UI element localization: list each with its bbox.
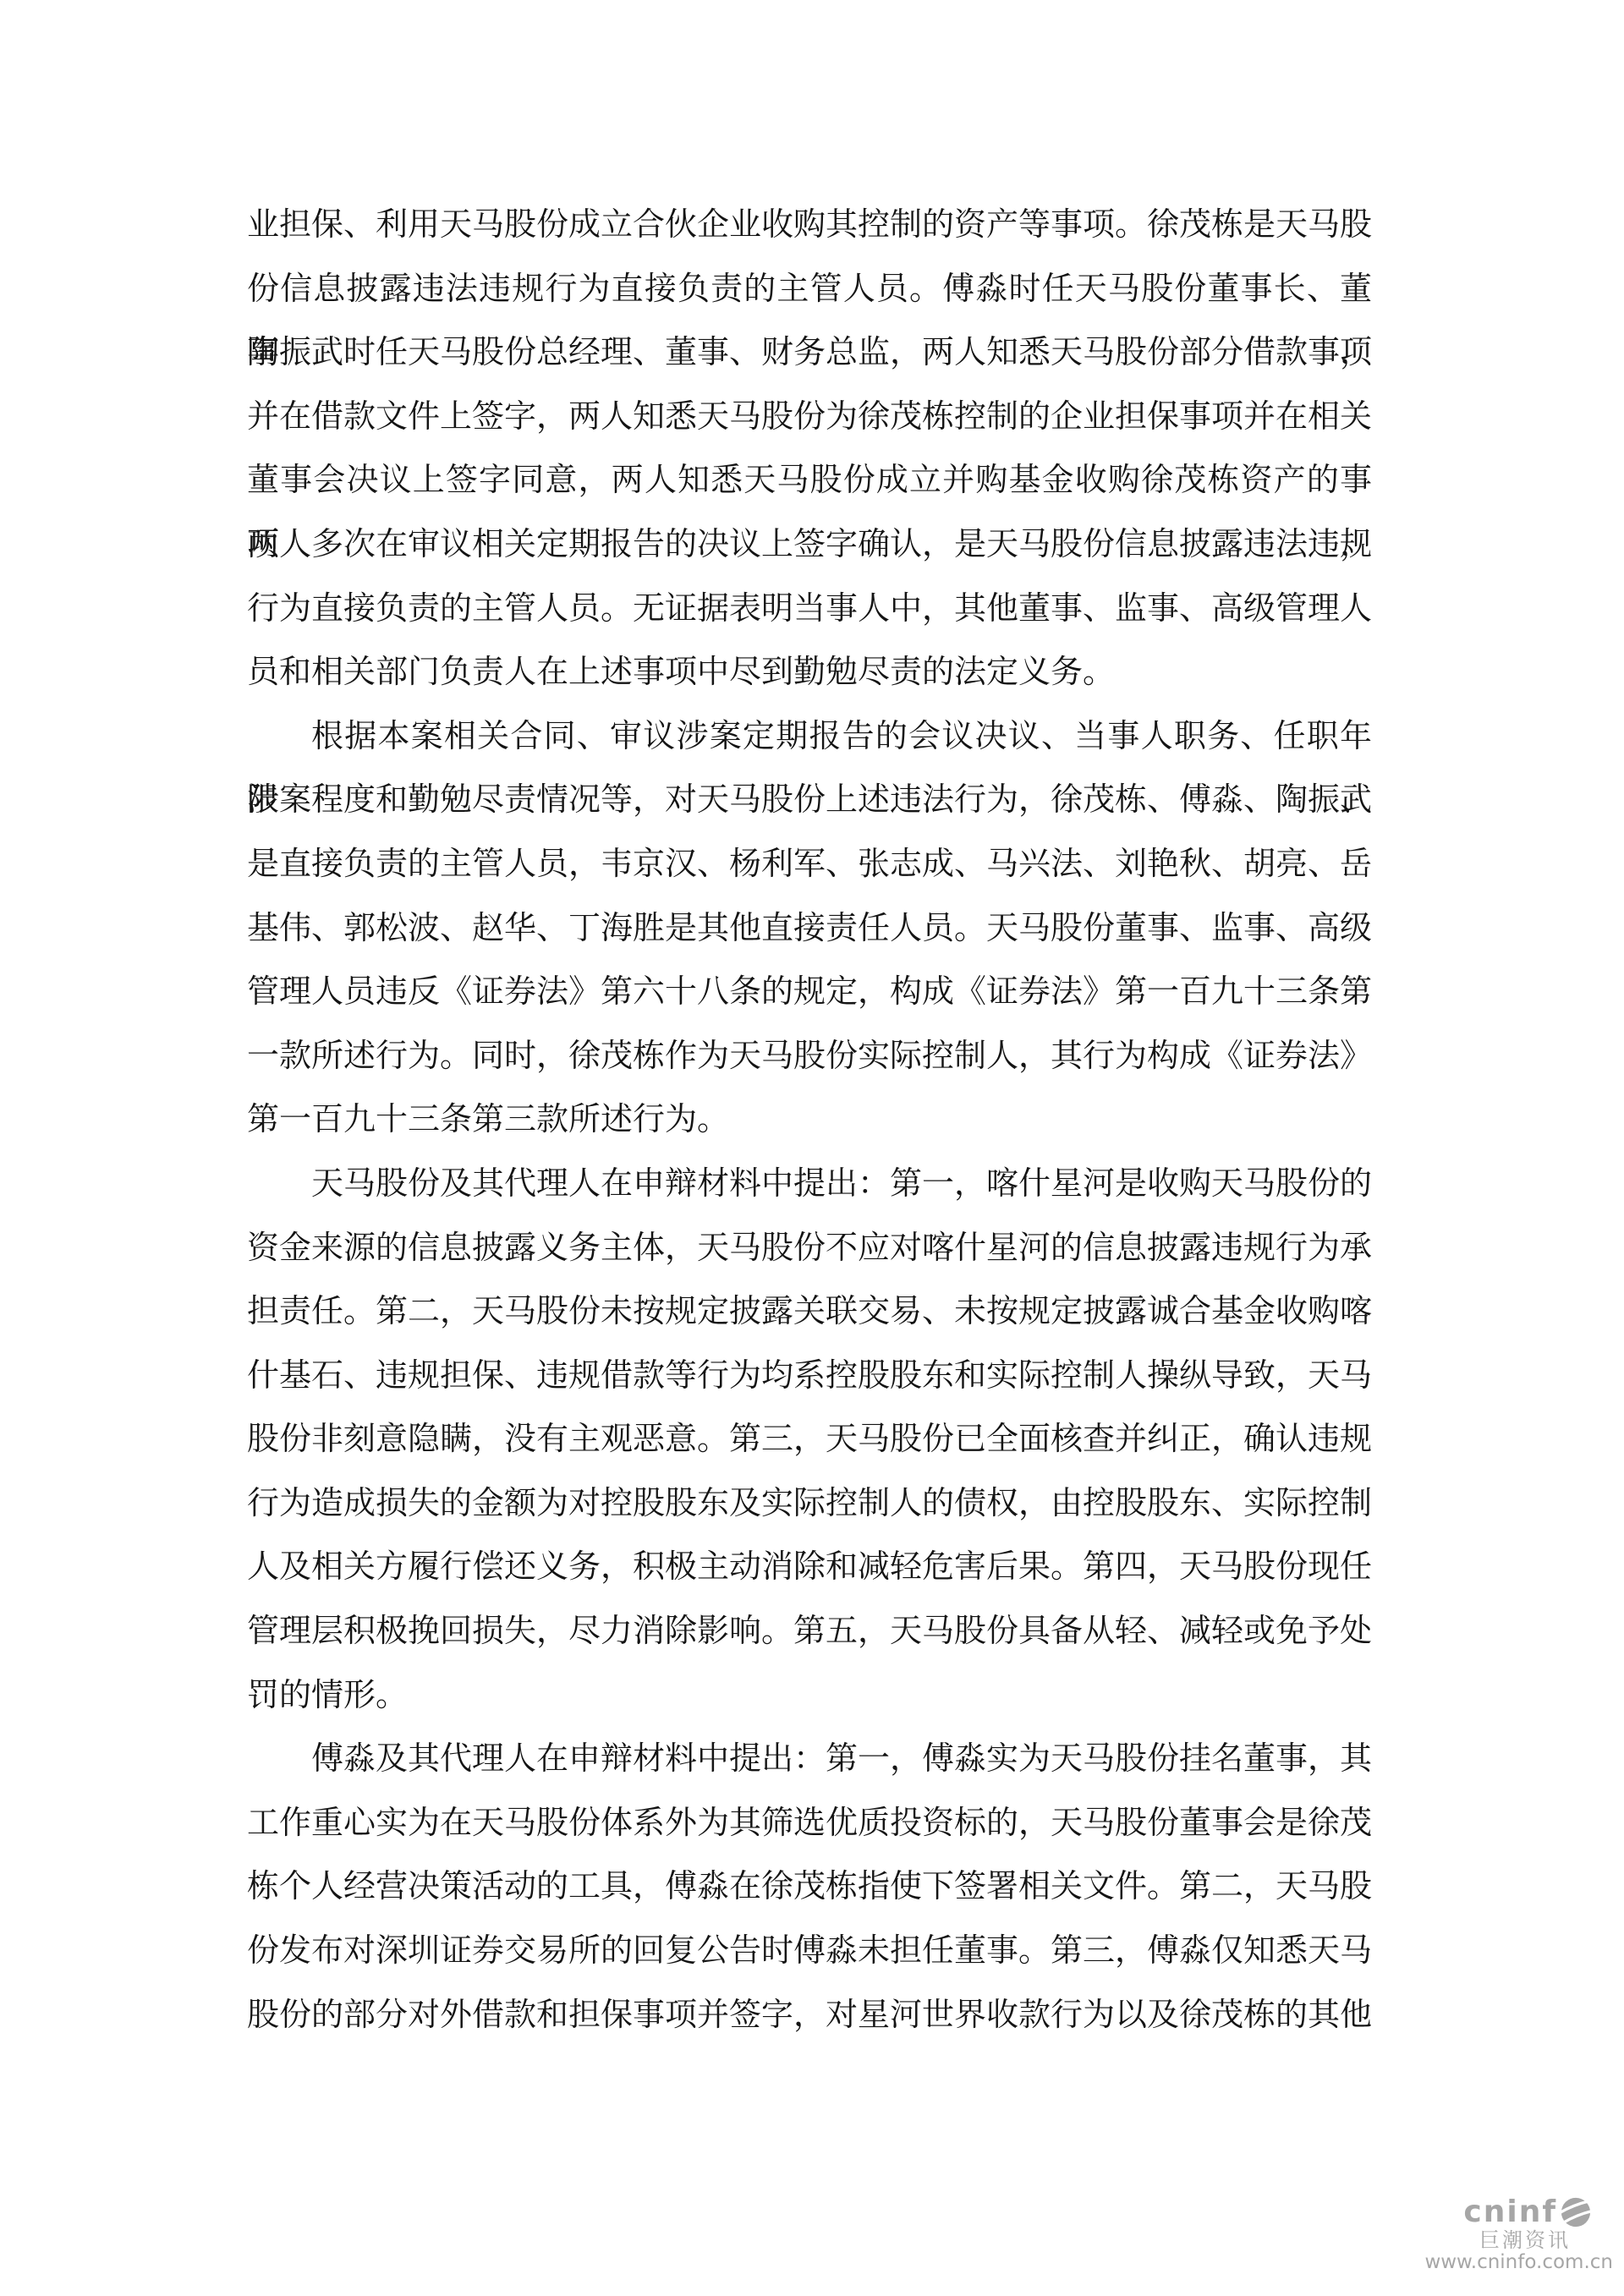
cninfo-chinese-name: 巨潮资讯 — [1393, 2229, 1571, 2251]
paragraph: 傅淼及其代理人在申辩材料中提出：第一，傅淼实为天马股份挂名董事，其工作重心实为在… — [247, 1728, 1372, 2047]
text-line: 是直接负责的主管人员，韦京汉、杨利军、张志成、马兴法、刘艳秋、胡亮、岳 — [247, 833, 1372, 897]
paragraph: 业担保、利用天马股份成立合伙企业收购其控制的资产等事项。徐茂栋是天马股份信息披露… — [247, 194, 1372, 705]
text-line: 第一百九十三条第三款所述行为。 — [247, 1088, 1372, 1153]
cninfo-url: www.cninfo.com.cn — [1393, 2252, 1613, 2273]
paragraph: 天马股份及其代理人在申辩材料中提出：第一，喀什星河是收购天马股份的资金来源的信息… — [247, 1153, 1372, 1728]
text-line: 股份非刻意隐瞒，没有主观恶意。第三，天马股份已全面核查并纠正，确认违规 — [247, 1408, 1372, 1472]
text-line: 什基石、违规担保、违规借款等行为均系控股股东和实际控制人操纵导致，天马 — [247, 1345, 1372, 1409]
text-line: 行为直接负责的主管人员。无证据表明当事人中，其他董事、监事、高级管理人 — [247, 578, 1372, 642]
text-line: 员和相关部门负责人在上述事项中尽到勤勉尽责的法定义务。 — [247, 641, 1372, 705]
text-line: 涉案程度和勤勉尽责情况等，对天马股份上述违法行为，徐茂栋、傅淼、陶振武 — [247, 769, 1372, 833]
document-page: 业担保、利用天马股份成立合伙企业收购其控制的资产等事项。徐茂栋是天马股份信息披露… — [0, 0, 1624, 2296]
text-line: 工作重心实为在天马股份体系外为其筛选优质投资标的，天马股份董事会是徐茂 — [247, 1792, 1372, 1856]
globe-swirl-icon — [1560, 2196, 1592, 2228]
text-line: 份信息披露违法违规行为直接负责的主管人员。傅淼时任天马股份董事长、董事， — [247, 258, 1372, 322]
text-line: 栋个人经营决策活动的工具，傅淼在徐茂栋指使下签署相关文件。第二，天马股 — [247, 1855, 1372, 1920]
text-line: 傅淼及其代理人在申辩材料中提出：第一，傅淼实为天马股份挂名董事，其 — [247, 1728, 1372, 1792]
document-text: 业担保、利用天马股份成立合伙企业收购其控制的资产等事项。徐茂栋是天马股份信息披露… — [247, 194, 1372, 2047]
text-line: 行为造成损失的金额为对控股股东及实际控制人的债权，由控股股东、实际控制 — [247, 1472, 1372, 1537]
cninfo-brand-text: cninf — [1463, 2197, 1557, 2228]
text-line: 业担保、利用天马股份成立合伙企业收购其控制的资产等事项。徐茂栋是天马股 — [247, 194, 1372, 258]
text-line: 份发布对深圳证券交易所的回复公告时傅淼未担任董事。第三，傅淼仅知悉天马 — [247, 1920, 1372, 1984]
text-line: 担责任。第二，天马股份未按规定披露关联交易、未按规定披露诚合基金收购喀 — [247, 1280, 1372, 1345]
text-line: 董事会决议上签字同意，两人知悉天马股份成立并购基金收购徐茂栋资产的事项， — [247, 449, 1372, 513]
text-line: 管理人员违反《证券法》第六十八条的规定，构成《证券法》第一百九十三条第 — [247, 961, 1372, 1025]
text-line: 资金来源的信息披露义务主体，天马股份不应对喀什星河的信息披露违规行为承 — [247, 1217, 1372, 1281]
text-line: 一款所述行为。同时，徐茂栋作为天马股份实际控制人，其行为构成《证券法》 — [247, 1025, 1372, 1089]
text-line: 股份的部分对外借款和担保事项并签字，对星河世界收款行为以及徐茂栋的其他 — [247, 1984, 1372, 2048]
text-line: 管理层积极挽回损失，尽力消除影响。第五，天马股份具备从轻、减轻或免予处 — [247, 1600, 1372, 1664]
text-line: 陶振武时任天马股份总经理、董事、财务总监，两人知悉天马股份部分借款事项 — [247, 321, 1372, 386]
watermark-brand-row: cninf — [1393, 2195, 1592, 2229]
text-line: 人及相关方履行偿还义务，积极主动消除和减轻危害后果。第四，天马股份现任 — [247, 1536, 1372, 1600]
text-line: 两人多次在审议相关定期报告的决议上签字确认，是天马股份信息披露违法违规 — [247, 513, 1372, 578]
text-line: 天马股份及其代理人在申辩材料中提出：第一，喀什星河是收购天马股份的 — [247, 1153, 1372, 1217]
text-line: 罚的情形。 — [247, 1664, 1372, 1729]
text-line: 基伟、郭松波、赵华、丁海胜是其他直接责任人员。天马股份董事、监事、高级 — [247, 897, 1372, 962]
text-line: 并在借款文件上签字，两人知悉天马股份为徐茂栋控制的企业担保事项并在相关 — [247, 386, 1372, 450]
text-line: 根据本案相关合同、审议涉案定期报告的会议决议、当事人职务、任职年限、 — [247, 705, 1372, 770]
cninfo-watermark: cninf 巨潮资讯 www.cninfo.com.cn — [1393, 2195, 1613, 2273]
paragraph: 根据本案相关合同、审议涉案定期报告的会议决议、当事人职务、任职年限、涉案程度和勤… — [247, 705, 1372, 1153]
